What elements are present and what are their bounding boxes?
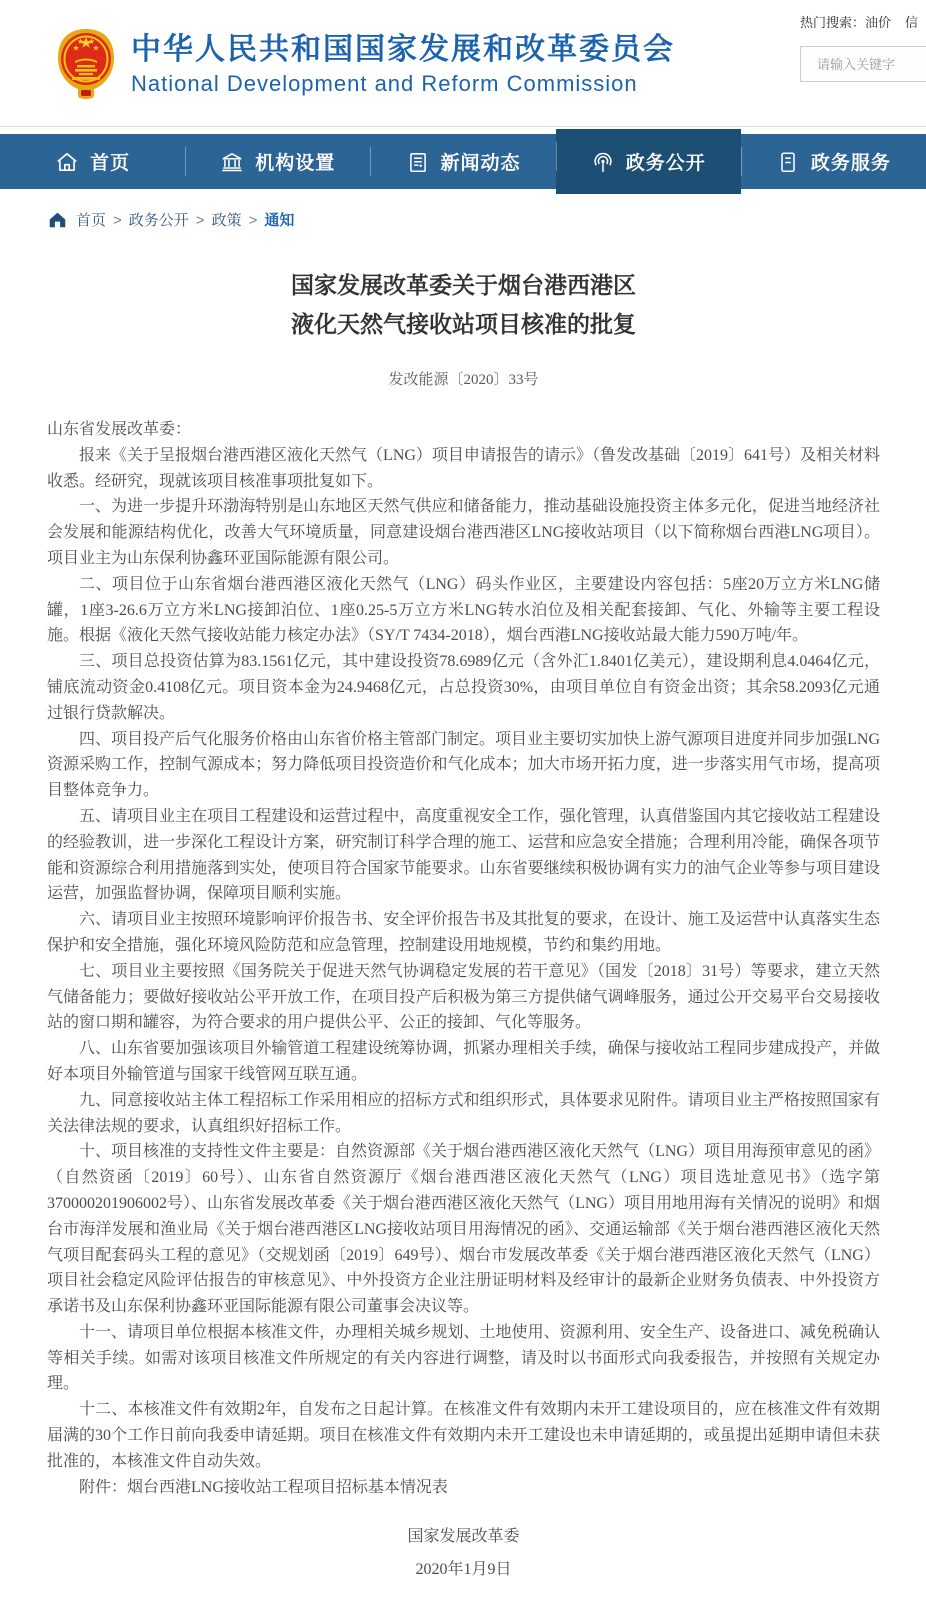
doc-paragraph: 报来《关于呈报烟台港西港区液化天然气（LNG）项目申请报告的请示》（鲁发改基础〔… (47, 443, 880, 495)
document-title-line2: 液化天然气接收站项目核准的批复 (291, 311, 636, 337)
document-date: 2020年1月9日 (47, 1553, 880, 1586)
doc-paragraph: 十、项目核准的支持性文件主要是：自然资源部《关于烟台港西港区液化天然气（LNG）… (47, 1139, 880, 1320)
breadcrumb-item-1[interactable]: 首页 (76, 212, 106, 229)
site-titles: 中华人民共和国国家发展和改革委员会 National Development a… (131, 32, 675, 97)
site-header: 中华人民共和国国家发展和改革委员会 National Development a… (0, 0, 926, 127)
document-body: 山东省发展改革委： 报来《关于呈报烟台港西港区液化天然气（LNG）项目申请报告的… (47, 417, 880, 1500)
nav-item-label: 政务公开 (626, 148, 706, 175)
nav-item-label: 政务服务 (811, 148, 891, 175)
national-emblem-logo[interactable] (55, 28, 117, 100)
document-area: 国家发展改革委关于烟台港西港区 液化天然气接收站项目核准的批复 发改能源〔202… (47, 266, 880, 1602)
doc-paragraph: 三、项目总投资估算为83.1561亿元，其中建设投资78.6989亿元（含外汇1… (47, 649, 880, 726)
breadcrumb-home-icon[interactable] (48, 210, 67, 229)
institution-icon (220, 150, 244, 174)
nav-item-label: 首页 (90, 148, 130, 175)
main-nav: 首页机构设置新闻动态政务公开政务服务 (0, 134, 926, 189)
document-signature: 国家发展改革委 2020年1月9日 (47, 1520, 880, 1602)
nav-item-label: 机构设置 (255, 148, 335, 175)
breadcrumb-separator: > (113, 212, 122, 229)
service-doc-icon (776, 150, 800, 174)
hot-search: 热门搜索：油价信 (800, 12, 926, 31)
nav-item-home[interactable]: 首页 (0, 134, 185, 189)
doc-paragraph: 五、请项目业主在项目工程建设和运营过程中，高度重视安全工作，强化管理，认真借鉴国… (47, 804, 880, 907)
hot-search-keyword[interactable]: 信 (905, 15, 918, 30)
site-title-cn: 中华人民共和国国家发展和改革委员会 (131, 32, 675, 68)
doc-paragraph: 附件：烟台西港LNG接收站工程项目招标基本情况表 (47, 1475, 880, 1501)
doc-paragraph: 十二、本核准文件有效期2年，自发布之日起计算。在核准文件有效期内未开工建设项目的… (47, 1397, 880, 1474)
doc-paragraph: 八、山东省要加强该项目外输管道工程建设统筹协调，抓紧办理相关手续，确保与接收站工… (47, 1036, 880, 1088)
home-icon (55, 150, 79, 174)
breadcrumb: 首页>政务公开>政策>通知 (48, 209, 926, 230)
nav-item-news[interactable]: 新闻动态 (370, 134, 555, 189)
document-number: 发改能源〔2020〕33号 (47, 368, 880, 389)
nav-item-org[interactable]: 机构设置 (185, 134, 370, 189)
doc-paragraph: 二、项目位于山东省烟台港西港区液化天然气（LNG）码头作业区，主要建设内容包括：… (47, 572, 880, 649)
doc-paragraph: 九、同意接收站主体工程招标工作采用相应的招标方式和组织形式，具体要求见附件。请项… (47, 1088, 880, 1140)
breadcrumb-separator: > (196, 212, 205, 229)
nav-item-label: 新闻动态 (441, 148, 521, 175)
broadcast-icon (591, 150, 615, 174)
site-title-en: National Development and Reform Commissi… (131, 71, 675, 97)
nav-item-gov-open[interactable]: 政务公开 (556, 129, 741, 194)
logo-title-block: 中华人民共和国国家发展和改革委员会 National Development a… (55, 28, 675, 100)
breadcrumb-separator: > (249, 212, 258, 229)
hot-search-keyword[interactable]: 油价 (865, 15, 891, 30)
news-icon (406, 150, 430, 174)
document-signer: 国家发展改革委 (47, 1520, 880, 1553)
doc-paragraph: 四、项目投产后气化服务价格由山东省价格主管部门制定。项目业主要切实加快上游气源项… (47, 727, 880, 804)
doc-paragraph: 十一、请项目单位根据本核准文件，办理相关城乡规划、土地使用、资源利用、安全生产、… (47, 1320, 880, 1397)
document-title: 国家发展改革委关于烟台港西港区 液化天然气接收站项目核准的批复 (47, 266, 880, 344)
doc-paragraph: 六、请项目业主按照环境影响评价报告书、安全评价报告书及其批复的要求，在设计、施工… (47, 907, 880, 959)
breadcrumb-item-3[interactable]: 政策 (212, 212, 242, 229)
breadcrumb-item-2[interactable]: 政务公开 (129, 212, 189, 229)
doc-paragraph: 一、为进一步提升环渤海特别是山东地区天然气供应和储备能力，推动基础设施投资主体多… (47, 494, 880, 571)
nav-item-gov-service[interactable]: 政务服务 (741, 134, 926, 189)
search-input[interactable] (800, 46, 926, 82)
document-salutation: 山东省发展改革委： (47, 417, 880, 443)
hot-search-label: 热门搜索： (800, 15, 865, 30)
document-title-line1: 国家发展改革委关于烟台港西港区 (291, 272, 636, 298)
search-area: 热门搜索：油价信 (800, 12, 926, 82)
breadcrumb-item-4: 通知 (264, 212, 294, 229)
doc-paragraph: 七、项目业主要按照《国务院关于促进天然气协调稳定发展的若干意见》（国发〔2018… (47, 959, 880, 1036)
